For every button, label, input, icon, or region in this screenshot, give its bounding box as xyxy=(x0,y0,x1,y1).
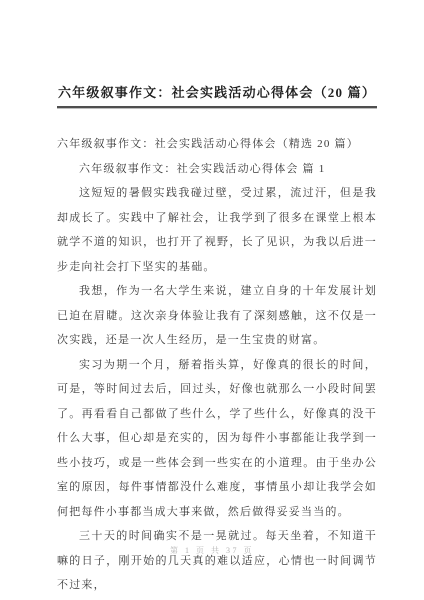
section-heading: 六年级叙事作文：社会实践活动心得体会 篇 1 xyxy=(57,157,377,182)
document-content: 六年级叙事作文：社会实践活动心得体会（20 篇） 六年级叙事作文：社会实践活动心… xyxy=(57,84,377,598)
document-page: 六年级叙事作文：社会实践活动心得体会（20 篇） 六年级叙事作文：社会实践活动心… xyxy=(0,0,424,600)
body-paragraph: 实习为期一个月，掰着指头算，好像真的很长的时间，可是，等时间过去后，回过头，好像… xyxy=(57,353,377,525)
page-title: 六年级叙事作文：社会实践活动心得体会（20 篇） xyxy=(57,84,377,101)
document-subtitle: 六年级叙事作文：社会实践活动心得体会（精选 20 篇） xyxy=(57,132,377,157)
page-number-footer: 第 1 页 共 37 页 xyxy=(0,545,424,556)
body-paragraph: 我想，作为一名大学生来说，建立自身的十年发展计划已迫在眉睫。这次亲身体验让我有了… xyxy=(57,279,377,353)
body-paragraph: 这短短的暑假实践我碰过壁，受过累，流过汗，但是我却成长了。实践中了解社会，让我学… xyxy=(57,181,377,279)
document-body: 六年级叙事作文：社会实践活动心得体会（精选 20 篇） 六年级叙事作文：社会实践… xyxy=(57,132,377,598)
body-paragraph: 三十天的时间确实不是一晃就过。每天坐着，不知道干嘛的日子，刚开始的几天真的难以适… xyxy=(57,524,377,598)
title-divider xyxy=(57,106,377,109)
